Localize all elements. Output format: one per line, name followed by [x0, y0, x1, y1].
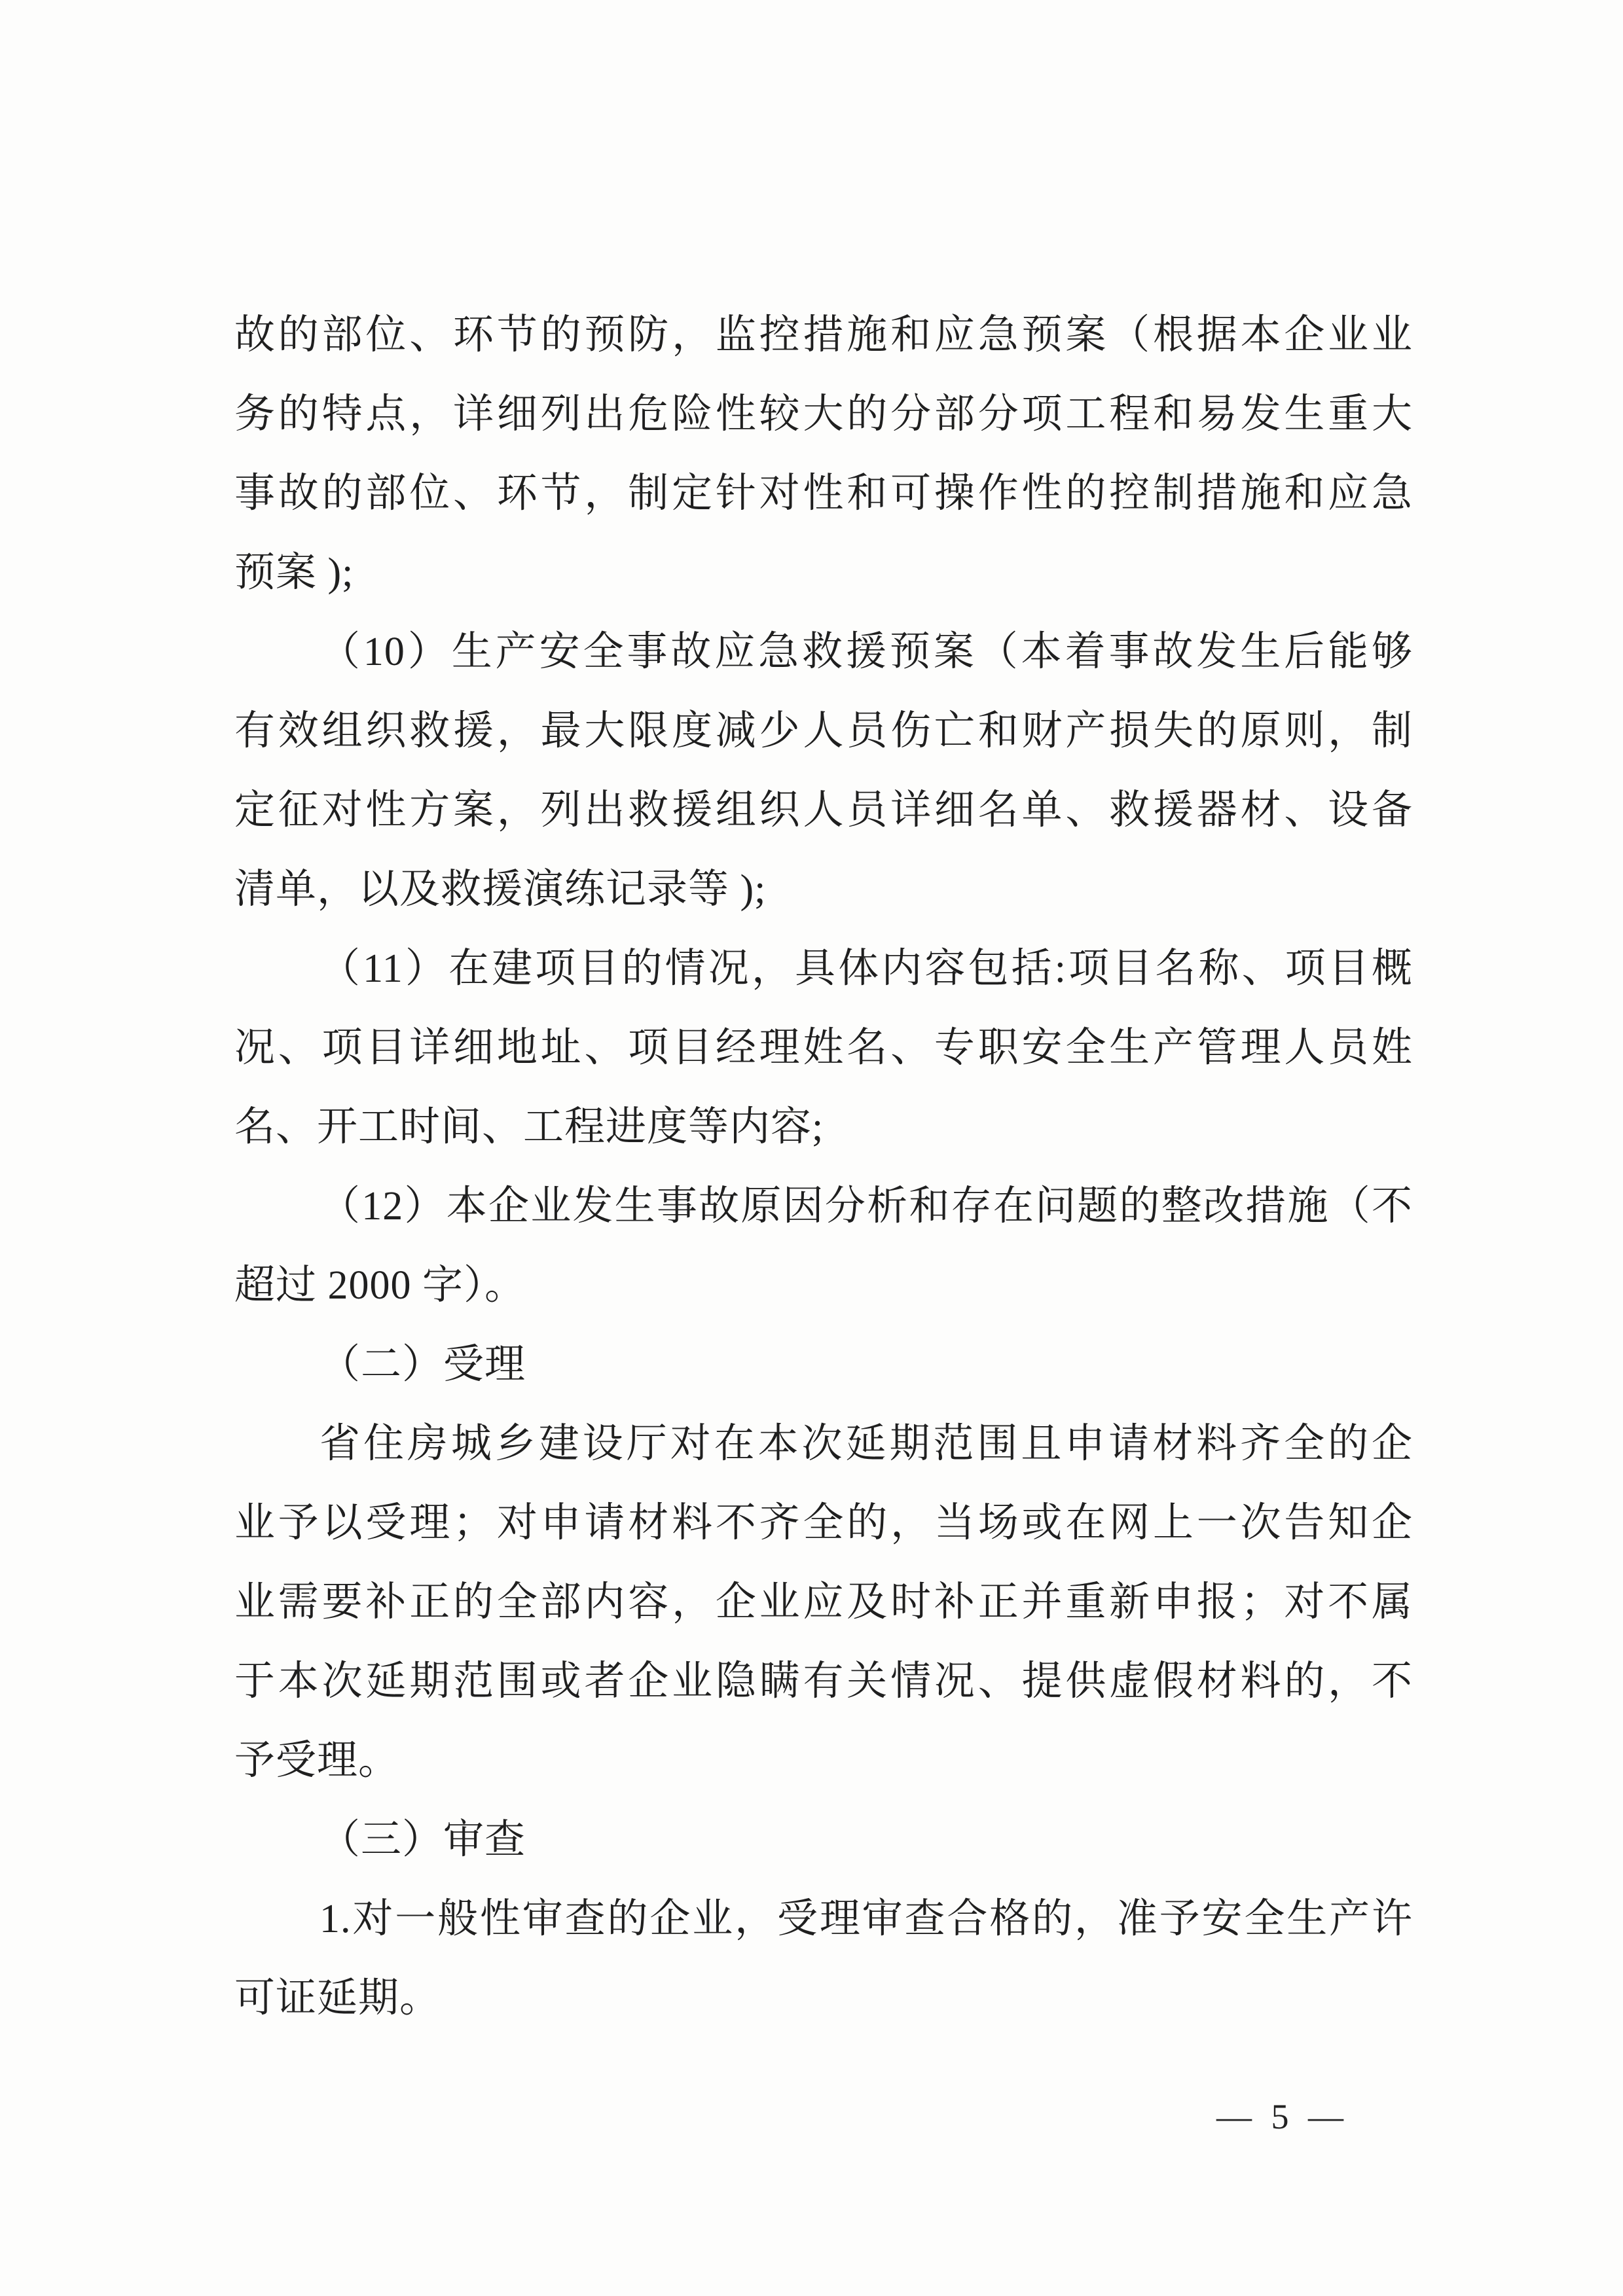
text-line: 业予以受理；对申请材料不齐全的，当场或在网上一次告知企 — [234, 1484, 1413, 1563]
text-line: 故的部位、环节的预防，监控措施和应急预案（根据本企业业 — [234, 296, 1413, 375]
text-line: 定征对性方案，列出救援组织人员详细名单、救援器材、设备 — [234, 771, 1413, 850]
text-line: 业需要补正的全部内容，企业应及时补正并重新申报；对不属 — [234, 1563, 1413, 1642]
text-line: 可证延期。 — [234, 1959, 1413, 2038]
text-line: 事故的部位、环节，制定针对性和可操作性的控制措施和应急 — [234, 454, 1413, 533]
text-line: 况、项目详细地址、项目经理姓名、专职安全生产管理人员姓 — [234, 1009, 1413, 1088]
text-line: 名、开工时间、工程进度等内容; — [234, 1088, 1413, 1167]
section-heading: （二）受理 — [234, 1325, 1413, 1405]
text-line: （12）本企业发生事故原因分析和存在问题的整改措施（不 — [234, 1167, 1413, 1246]
text-line: 务的特点，详细列出危险性较大的分部分项工程和易发生重大 — [234, 375, 1413, 454]
text-line: （11）在建项目的情况，具体内容包括:项目名称、项目概 — [234, 929, 1413, 1009]
text-line: 予受理。 — [234, 1721, 1413, 1801]
text-line: 超过 2000 字）。 — [234, 1246, 1413, 1325]
document-body: 故的部位、环节的预防，监控措施和应急预案（根据本企业业 务的特点，详细列出危险性… — [234, 296, 1413, 2038]
text-line: 预案 ); — [234, 533, 1413, 613]
text-line: 于本次延期范围或者企业隐瞒有关情况、提供虚假材料的，不 — [234, 1642, 1413, 1721]
text-line: （10）生产安全事故应急救援预案（本着事故发生后能够 — [234, 613, 1413, 692]
text-line: 省住房城乡建设厅对在本次延期范围且申请材料齐全的企 — [234, 1405, 1413, 1484]
text-line: 1.对一般性审查的企业，受理审查合格的，准予安全生产许 — [234, 1880, 1413, 1959]
document-page: 故的部位、环节的预防，监控措施和应急预案（根据本企业业 务的特点，详细列出危险性… — [0, 0, 1623, 2296]
page-number: — 5 — — [1216, 2097, 1349, 2136]
text-line: 有效组织救援，最大限度减少人员伤亡和财产损失的原则，制 — [234, 692, 1413, 771]
section-heading: （三）审查 — [234, 1801, 1413, 1880]
text-line: 清单，以及救援演练记录等 ); — [234, 850, 1413, 929]
